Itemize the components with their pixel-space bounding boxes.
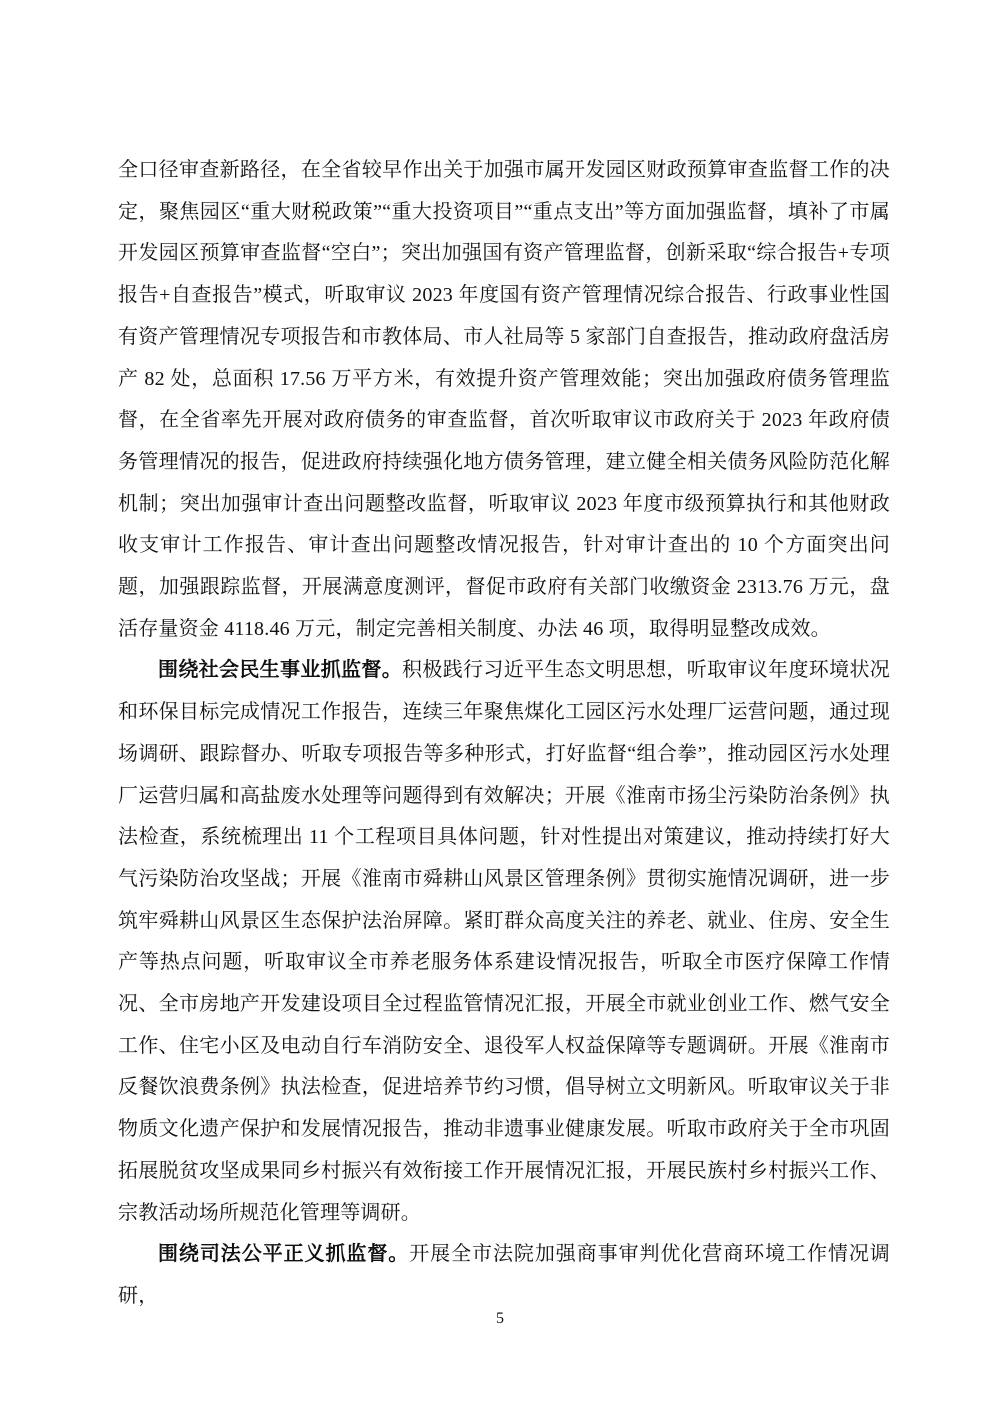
- paragraph-lead: 围绕司法公平正义抓监督。: [158, 1243, 409, 1265]
- report-body: 全口径审查新路径，在全省较早作出关于加强市属开发园区财政预算审查监督工作的决定，…: [118, 150, 890, 1318]
- paragraph: 围绕社会民生事业抓监督。积极践行习近平生态文明思想，听取审议年度环境状况和环保目…: [118, 650, 890, 1234]
- paragraph: 围绕司法公平正义抓监督。开展全市法院加强商事审判优化营商环境工作情况调研，: [118, 1234, 890, 1317]
- document-page: 全口径审查新路径，在全省较早作出关于加强市属开发园区财政预算审查监督工作的决定，…: [0, 0, 1000, 1415]
- paragraph-text: 积极践行习近平生态文明思想，听取审议年度环境状况和环保目标完成情况工作报告，连续…: [118, 659, 890, 1223]
- paragraph-lead: 围绕社会民生事业抓监督。: [158, 659, 402, 681]
- paragraph-text: 全口径审查新路径，在全省较早作出关于加强市属开发园区财政预算审查监督工作的决定，…: [118, 159, 890, 640]
- page-number: 5: [0, 1310, 1000, 1328]
- paragraph: 全口径审查新路径，在全省较早作出关于加强市属开发园区财政预算审查监督工作的决定，…: [118, 150, 890, 650]
